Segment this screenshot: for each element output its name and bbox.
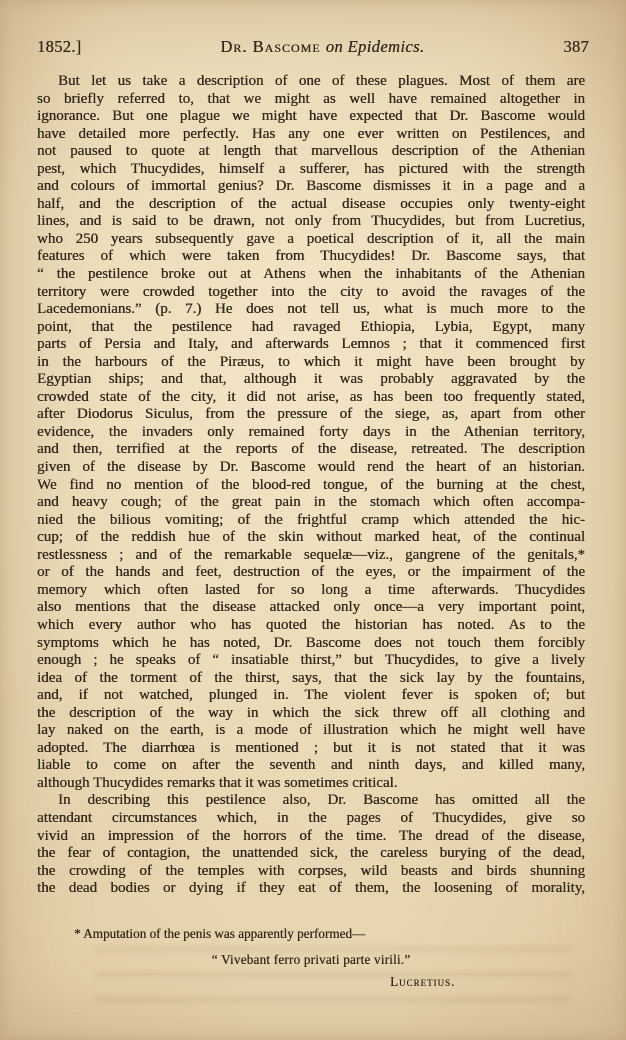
- text-line: who 250 years subsequently gave a poetic…: [37, 231, 585, 249]
- text-line: symptoms which he has noted, Dr. Bascome…: [37, 635, 585, 653]
- footnote: * Amputation of the penis was apparently…: [37, 926, 585, 990]
- running-title: Dr. Bascome on Epidemics.: [220, 37, 424, 57]
- text-line: and then, terrified at the reports of th…: [37, 441, 585, 459]
- text-line: But let us take a description of one of …: [37, 73, 585, 91]
- text-line: memory which often lasted for so long a …: [37, 582, 585, 600]
- text-line: evidence, the invaders only remained for…: [37, 424, 585, 442]
- text-line: although Thucydides remarks that it was …: [37, 775, 585, 793]
- text-line: features of which were taken from Thucyd…: [37, 248, 585, 266]
- text-line: and, if not watched, plunged in. The vio…: [37, 687, 585, 705]
- text-line: territory were crowded together into the…: [37, 284, 585, 302]
- text-line: and heavy cough; of the great pain in th…: [37, 494, 585, 512]
- text-line: Lacedemonians.” (p. 7.) He does not tell…: [37, 301, 585, 319]
- footnote-marker-line: * Amputation of the penis was apparently…: [37, 926, 585, 942]
- text-line: enough ; he speaks of “ insatiable thirs…: [37, 652, 585, 670]
- text-line: liable to come on after the seventh and …: [37, 757, 585, 775]
- text-line: half, and the description of the actual …: [37, 196, 585, 214]
- page-header: 1852.] Dr. Bascome on Epidemics. 387: [37, 37, 589, 57]
- text-line: cup; of the reddish hue of the skin with…: [37, 529, 585, 547]
- running-title-subject: on Epidemics.: [326, 37, 425, 56]
- text-line: given of the disease by Dr. Bascome woul…: [37, 459, 585, 477]
- footnote-quote: “ Vivebant ferro privati parte virili.”: [37, 952, 585, 968]
- footnote-attribution: Lucretius.: [390, 974, 585, 990]
- header-year: 1852.]: [37, 37, 81, 57]
- text-line: crowded state of the city, it did not ar…: [37, 389, 585, 407]
- text-line: the fear of contagion, the unattended si…: [37, 845, 585, 863]
- text-line: have detailed more perfectly. Has any on…: [37, 126, 585, 144]
- text-line: also mentions that the disease attacked …: [37, 599, 585, 617]
- text-line: nied the bilious vomiting; of the fright…: [37, 512, 585, 530]
- text-line: We find no mention of the blood-red tong…: [37, 477, 585, 495]
- text-line: the crowding of the temples with corpses…: [37, 863, 585, 881]
- text-line: idea of the torment of the thirst, says,…: [37, 670, 585, 688]
- text-line: the dead bodies or dying if they eat of …: [37, 880, 585, 898]
- text-line: ignorance. But one plague we might have …: [37, 108, 585, 126]
- running-title-author: Dr. Bascome: [220, 37, 325, 56]
- text-line: the description of the way in which the …: [37, 705, 585, 723]
- text-line: In describing this pestilence also, Dr. …: [37, 792, 585, 810]
- text-line: and colours of immortal genius? Dr. Basc…: [37, 178, 585, 196]
- text-line: restlessness ; and of the remarkable seq…: [37, 547, 585, 565]
- page-number: 387: [563, 37, 589, 57]
- text-line: attendant circumstances which, in the pa…: [37, 810, 585, 828]
- body-text: But let us take a description of one of …: [37, 73, 585, 898]
- text-line: parts of Persia and Italy, and afterward…: [37, 336, 585, 354]
- text-line: not paused to quote at length that marve…: [37, 143, 585, 161]
- text-line: lay naked on the earth, is a mode of ill…: [37, 722, 585, 740]
- text-line: “ the pestilence broke out at Athens whe…: [37, 266, 585, 284]
- text-line: lines, and is said to be drawn, not only…: [37, 213, 585, 231]
- text-line: so briefly referred to, that we might as…: [37, 91, 585, 109]
- text-line: after Diodorus Siculus, from the pressur…: [37, 406, 585, 424]
- text-line: point, that the pestilence had ravaged E…: [37, 319, 585, 337]
- book-page: 1852.] Dr. Bascome on Epidemics. 387 But…: [0, 0, 626, 1040]
- text-line: Egyptian ships; and that, although it wa…: [37, 371, 585, 389]
- text-line: or of the hands and feet, destruction of…: [37, 564, 585, 582]
- text-line: adopted. The diarrhœa is mentioned ; but…: [37, 740, 585, 758]
- text-line: in the harbours of the Piræus, to which …: [37, 354, 585, 372]
- text-line: vivid an impression of the horrors of th…: [37, 828, 585, 846]
- text-line: which every author who has quoted the hi…: [37, 617, 585, 635]
- text-line: pest, which Thucydides, himself a suffer…: [37, 161, 585, 179]
